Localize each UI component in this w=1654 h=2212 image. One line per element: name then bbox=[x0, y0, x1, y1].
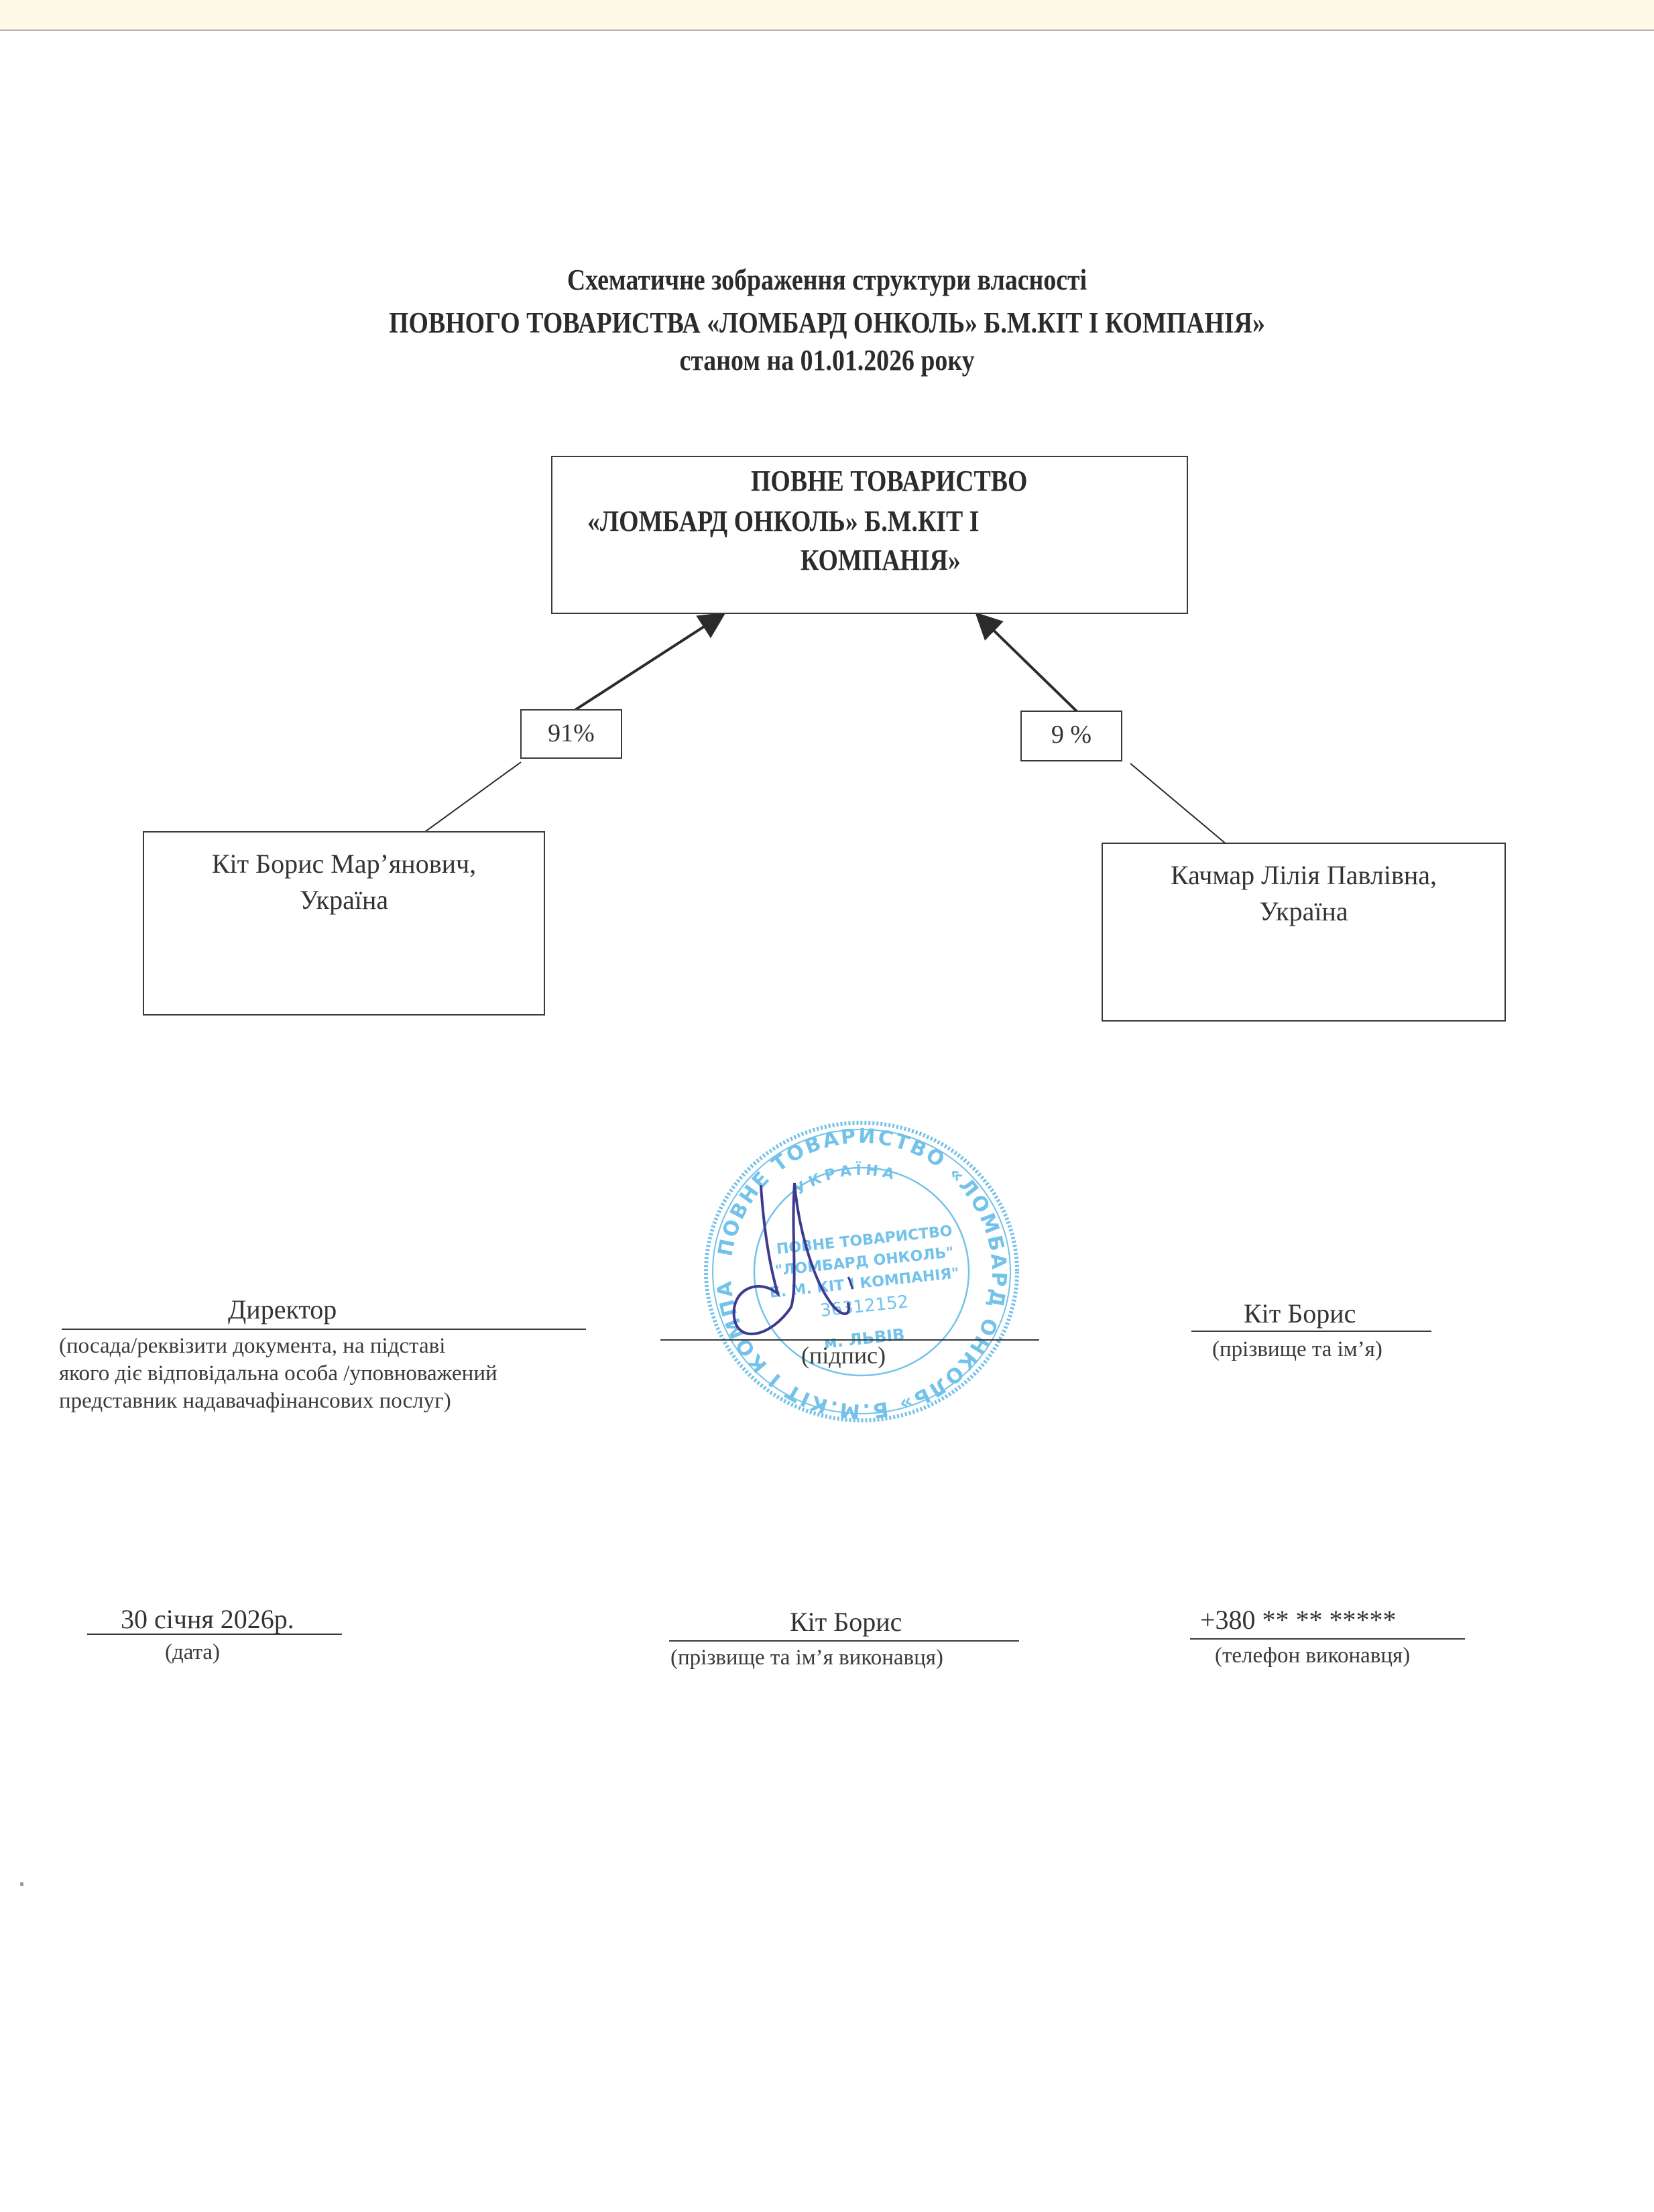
executor-date-caption: (дата) bbox=[165, 1639, 220, 1666]
executor-name-caption: (прізвище та ім’я виконавця) bbox=[670, 1644, 943, 1671]
executor-name-underline bbox=[669, 1640, 1019, 1642]
executor-date-underline bbox=[87, 1634, 342, 1635]
executor-name: Кіт Борис bbox=[790, 1606, 902, 1638]
owner-2-info: Качмар Лілія Павлівна, Україна bbox=[1103, 857, 1504, 930]
executor-date: 30 січня 2026р. bbox=[121, 1603, 294, 1635]
owner-1-info: Кіт Борис Мар’янович, Україна bbox=[144, 846, 544, 918]
executor-phone: +380 ** ** ***** bbox=[1200, 1604, 1397, 1636]
owner-box-2: Качмар Лілія Павлівна, Україна bbox=[1102, 843, 1506, 1022]
signatory-name-caption: (прізвище та ім’я) bbox=[1212, 1336, 1382, 1363]
signature-caption: (підпис) bbox=[801, 1342, 886, 1369]
company-name-line-3: КОМПАНІЯ» bbox=[801, 543, 961, 577]
position-value: Директор bbox=[228, 1294, 337, 1325]
arrow-owner-2-to-company bbox=[979, 616, 1079, 714]
owner-2-country: Україна bbox=[1103, 894, 1504, 930]
company-name-line-1: ПОВНЕ ТОВАРИСТВО bbox=[751, 464, 1027, 498]
company-box: ПОВНЕ ТОВАРИСТВО «ЛОМБАРД ОНКОЛЬ» Б.М.КІ… bbox=[551, 456, 1188, 614]
company-seal-stamp: ПОВНЕ ТОВАРИСТВО «ЛОМБАРД ОНКОЛЬ» Б.М.КІ… bbox=[697, 1116, 1026, 1431]
arrow-owner-1-to-company bbox=[575, 615, 721, 710]
executor-phone-caption: (телефон виконавця) bbox=[1215, 1642, 1410, 1669]
stamp-top-text: УКРАЇНА bbox=[792, 1162, 900, 1199]
owner-2-name: Качмар Лілія Павлівна, bbox=[1103, 857, 1504, 894]
scan-speck bbox=[20, 1882, 23, 1886]
signatory-name-underline bbox=[1191, 1331, 1431, 1332]
owner-box-1: Кіт Борис Мар’янович, Україна bbox=[143, 831, 545, 1016]
svg-text:УКРАЇНА: УКРАЇНА bbox=[792, 1162, 900, 1199]
page-title-date: станом на 01.01.2026 року bbox=[116, 343, 1539, 377]
executor-phone-underline bbox=[1190, 1638, 1465, 1640]
page-title-line-2: ПОВНОГО ТОВАРИСТВА «ЛОМБАРД ОНКОЛЬ» Б.М.… bbox=[116, 306, 1539, 340]
connector-owner-1-share bbox=[423, 762, 521, 833]
share-percent-owner-2: 9 % bbox=[1022, 720, 1121, 749]
owner-1-name: Кіт Борис Мар’янович, bbox=[144, 846, 544, 882]
page-title-line-1: Схематичне зображення структури власност… bbox=[116, 263, 1539, 297]
position-caption-line-3: представник надавачафінансових послуг) bbox=[59, 1388, 451, 1414]
share-box-owner-2: 9 % bbox=[1020, 711, 1122, 761]
share-box-owner-1: 91% bbox=[520, 709, 622, 759]
position-caption-line-2: якого діє відповідальна особа /уповноваж… bbox=[59, 1360, 497, 1387]
owner-1-country: Україна bbox=[144, 882, 544, 918]
position-caption-line-1: (посада/реквізити документа, на підставі bbox=[59, 1333, 445, 1359]
share-percent-owner-1: 91% bbox=[522, 719, 621, 748]
scan-top-band bbox=[0, 0, 1654, 31]
position-underline bbox=[62, 1329, 586, 1330]
signature-line[interactable] bbox=[660, 1339, 1039, 1341]
company-name-line-2: «ЛОМБАРД ОНКОЛЬ» Б.М.КІТ І bbox=[587, 504, 979, 538]
signatory-name: Кіт Борис bbox=[1244, 1298, 1356, 1329]
connector-owner-2-share bbox=[1130, 763, 1227, 845]
